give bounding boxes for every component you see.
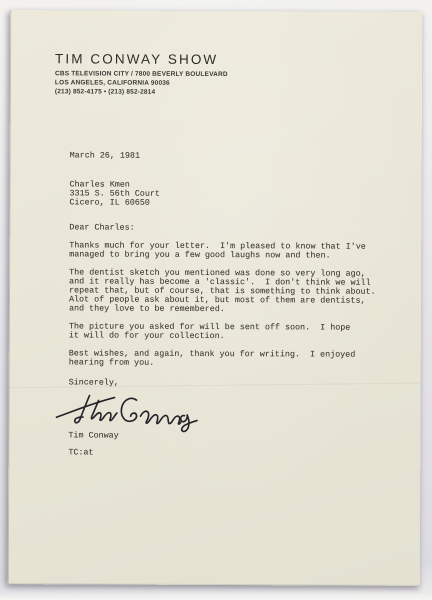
- letterhead-phone-line: (213) 852-4175 • (213) 852-2814: [55, 87, 228, 97]
- typed-sender-name: Tim Conway: [68, 431, 118, 440]
- letter-paper: TIM CONWAY SHOW CBS TELEVISION CITY / 78…: [8, 10, 423, 586]
- typist-reference-initials: TC:at: [68, 448, 93, 457]
- letterhead: TIM CONWAY SHOW CBS TELEVISION CITY / 78…: [55, 51, 228, 97]
- letter-date: March 26, 1981: [70, 151, 140, 160]
- tim-conway-handwritten-signature: [54, 391, 202, 434]
- closing-line: Sincerely,: [69, 378, 119, 387]
- photo-bottom-edge: [0, 592, 432, 600]
- recipient-address-block: Charles Kmen 3315 S. 56th Court Cicero, …: [69, 180, 160, 208]
- salutation: Dear Charles:: [69, 223, 134, 232]
- letter-body: Thanks much for your letter. I'm pleased…: [69, 241, 414, 368]
- letterhead-title: TIM CONWAY SHOW: [55, 51, 228, 67]
